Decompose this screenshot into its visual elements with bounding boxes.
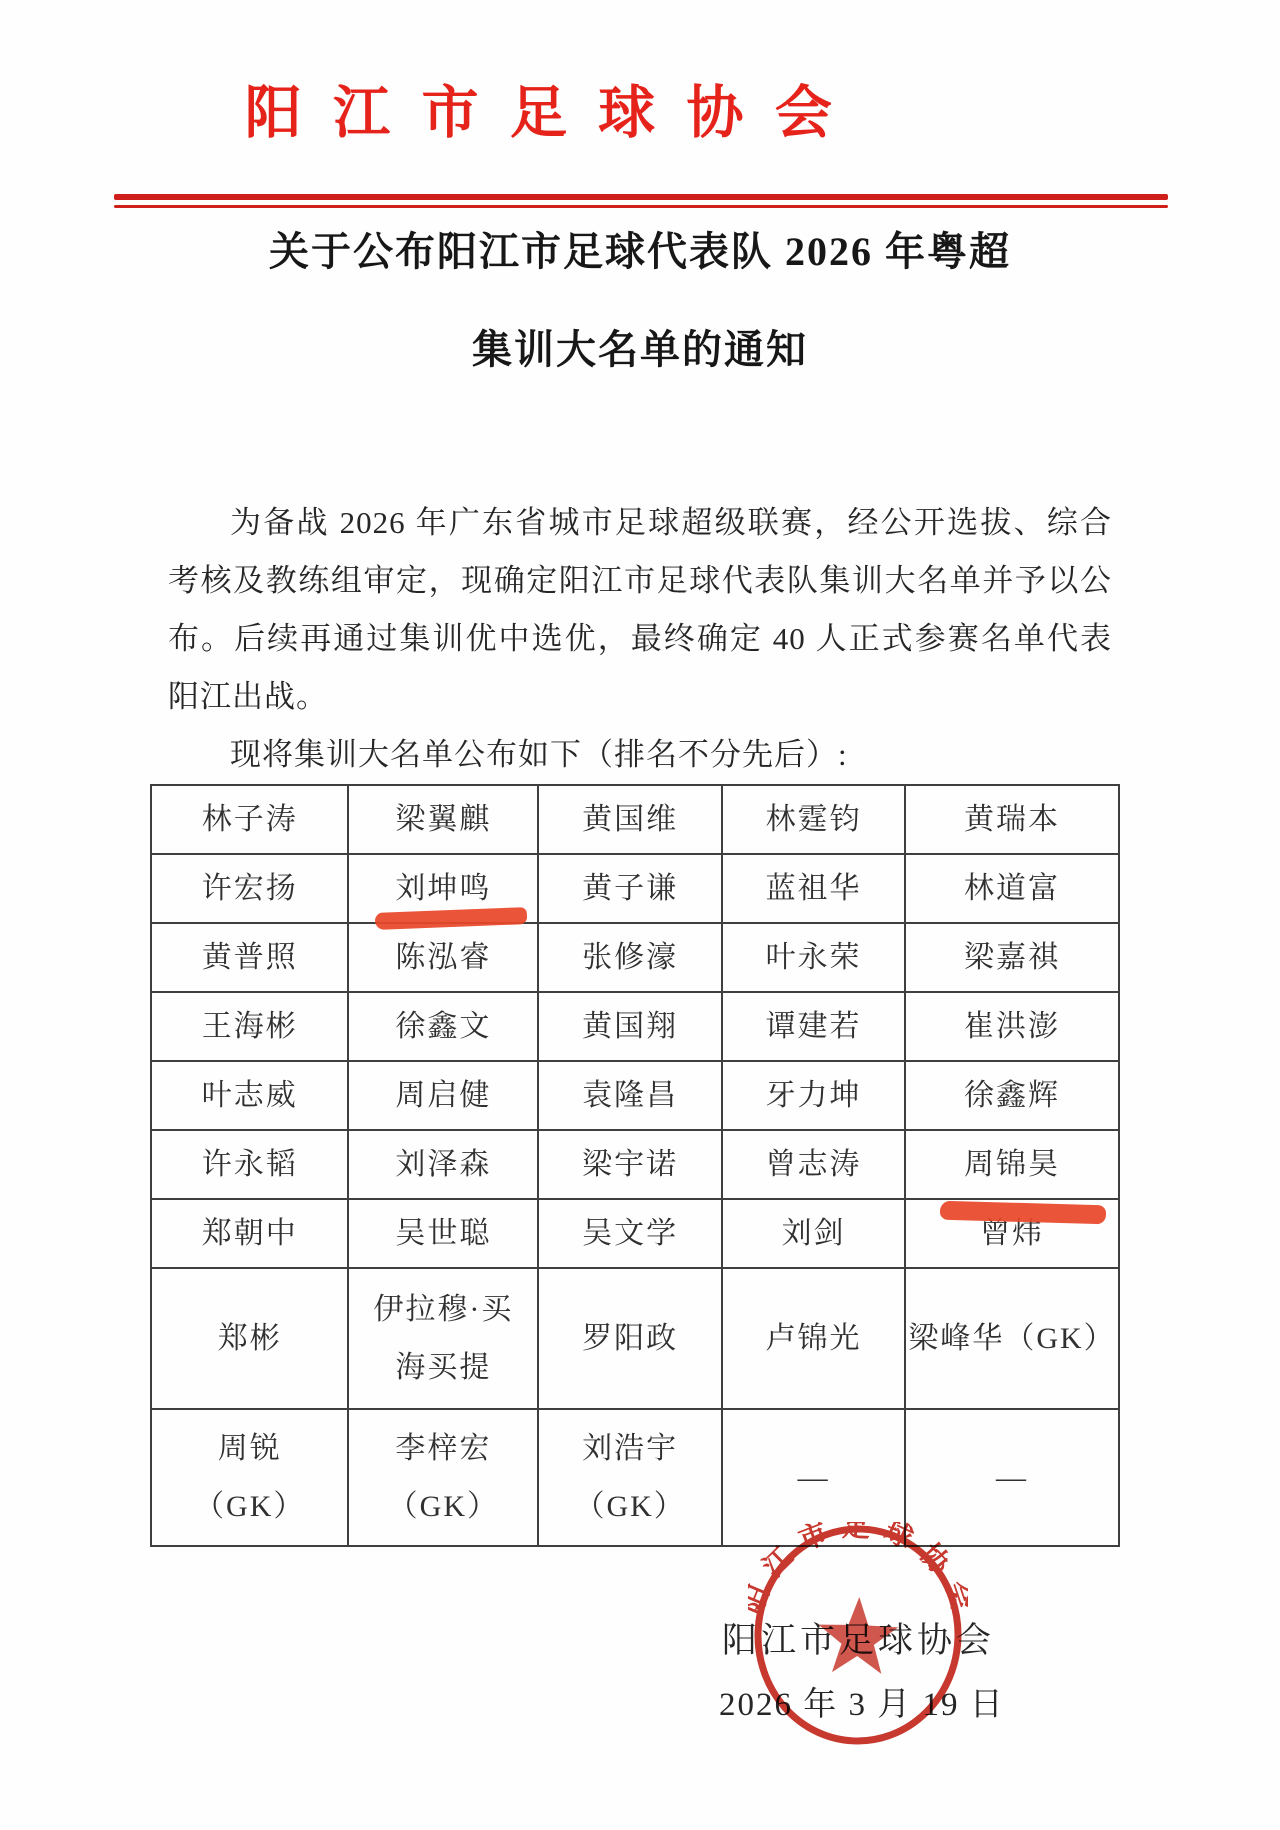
player-name: 陈泓睿	[395, 941, 491, 974]
player-name: 黄子谦	[582, 872, 678, 905]
roster-cell: 黄国翔	[538, 992, 722, 1061]
roster-cell: 罗阳政	[538, 1268, 722, 1409]
player-name: 黄国翔	[582, 1010, 678, 1043]
player-name: —	[996, 1461, 1028, 1494]
player-name: 徐鑫辉	[964, 1079, 1060, 1112]
player-name: 卢锦光	[766, 1322, 862, 1355]
roster-cell: 吴世聪	[348, 1199, 538, 1268]
roster-cell: 叶永荣	[722, 923, 905, 992]
player-name: 张修濠	[582, 941, 678, 974]
player-name: 黄普照	[202, 941, 298, 974]
player-name: 袁隆昌	[582, 1079, 678, 1112]
player-name: 林霆钧	[766, 803, 862, 836]
roster-row: 王海彬徐鑫文黄国翔谭建若崔洪澎	[151, 992, 1119, 1061]
roster-row: 黄普照陈泓睿张修濠叶永荣梁嘉祺	[151, 923, 1119, 992]
roster-cell: 梁嘉祺	[905, 923, 1119, 992]
roster-cell: 郑彬	[151, 1268, 348, 1409]
roster-cell: 许宏扬	[151, 854, 348, 923]
roster-row: 林子涛梁翼麒黄国维林霆钧黄瑞本	[151, 785, 1119, 854]
document-title-line1: 关于公布阳江市足球代表队 2026 年粤超	[0, 232, 1280, 272]
roster-table: 林子涛梁翼麒黄国维林霆钧黄瑞本许宏扬刘坤鸣黄子谦蓝祖华林道富黄普照陈泓睿张修濠叶…	[150, 784, 1120, 1547]
roster-table-body: 林子涛梁翼麒黄国维林霆钧黄瑞本许宏扬刘坤鸣黄子谦蓝祖华林道富黄普照陈泓睿张修濠叶…	[151, 785, 1119, 1546]
roster-cell: 陈泓睿	[348, 923, 538, 992]
roster-row: 郑彬伊拉穆·买 海买提罗阳政卢锦光梁峰华（GK）	[151, 1268, 1119, 1409]
roster-cell: 许永韬	[151, 1130, 348, 1199]
roster-cell: 周锦昊	[905, 1130, 1119, 1199]
player-name: 梁峰华（GK）	[908, 1322, 1115, 1355]
player-name: 许永韬	[202, 1148, 298, 1181]
body-paragraph: 为备战 2026 年广东省城市足球超级联赛，经公开选拔、综合考核及教练组审定，现…	[168, 494, 1112, 726]
roster-row: 周锐 （GK）李梓宏 （GK）刘浩宇 （GK）——	[151, 1409, 1119, 1546]
list-intro: 现将集训大名单公布如下（排名不分先后）:	[168, 726, 1112, 784]
player-name: 刘剑	[782, 1217, 846, 1250]
roster-cell: 林子涛	[151, 785, 348, 854]
document-page: 阳江市足球协会 关于公布阳江市足球代表队 2026 年粤超 集训大名单的通知 为…	[0, 0, 1280, 1830]
player-name: 郑朝中	[202, 1217, 298, 1250]
roster-cell: 周锐 （GK）	[151, 1409, 348, 1546]
player-name: 刘坤鸣	[395, 872, 491, 905]
roster-cell: 黄子谦	[538, 854, 722, 923]
roster-cell: 曾炜	[905, 1199, 1119, 1268]
roster-cell: 刘剑	[722, 1199, 905, 1268]
player-name: 曾志涛	[766, 1148, 862, 1181]
roster-cell: 黄国维	[538, 785, 722, 854]
roster-row: 叶志威周启健袁隆昌牙力坤徐鑫辉	[151, 1061, 1119, 1130]
roster-cell: 林道富	[905, 854, 1119, 923]
player-name: 林子涛	[202, 803, 298, 836]
association-name-header: 阳江市足球协会	[0, 0, 1194, 144]
roster-cell: 黄瑞本	[905, 785, 1119, 854]
player-name: 崔洪澎	[964, 1010, 1060, 1043]
player-name: 谭建若	[766, 1010, 862, 1043]
official-stamp: 阳江市足球协会	[748, 1522, 968, 1752]
player-name: 徐鑫文	[395, 1010, 491, 1043]
roster-row: 郑朝中吴世聪吴文学刘剑曾炜	[151, 1199, 1119, 1268]
player-name: 郑彬	[218, 1322, 282, 1355]
roster-cell: 伊拉穆·买 海买提	[348, 1268, 538, 1409]
player-name: 叶永荣	[766, 941, 862, 974]
player-name: 叶志威	[202, 1079, 298, 1112]
roster-cell: 卢锦光	[722, 1268, 905, 1409]
player-name: 吴世聪	[395, 1217, 491, 1250]
player-name: 黄瑞本	[964, 803, 1060, 836]
player-name: —	[798, 1461, 830, 1494]
player-name: 梁翼麒	[395, 803, 491, 836]
roster-cell: 牙力坤	[722, 1061, 905, 1130]
roster-cell: 谭建若	[722, 992, 905, 1061]
roster-cell: 叶志威	[151, 1061, 348, 1130]
player-name: 周启健	[395, 1079, 491, 1112]
player-name: 吴文学	[582, 1217, 678, 1250]
roster-cell: 林霆钧	[722, 785, 905, 854]
player-name: 梁宇诺	[582, 1148, 678, 1181]
red-rule-thick	[114, 194, 1168, 200]
player-name: 李梓宏 （GK）	[388, 1432, 499, 1523]
roster-row: 许永韬刘泽森梁宇诺曾志涛周锦昊	[151, 1130, 1119, 1199]
player-name: 林道富	[964, 872, 1060, 905]
player-name: 黄国维	[582, 803, 678, 836]
roster-cell: 崔洪澎	[905, 992, 1119, 1061]
document-body: 为备战 2026 年广东省城市足球超级联赛，经公开选拔、综合考核及教练组审定，现…	[0, 494, 1280, 784]
player-name: 刘浩宇 （GK）	[574, 1432, 685, 1523]
roster-cell: 刘浩宇 （GK）	[538, 1409, 722, 1546]
roster-row: 许宏扬刘坤鸣黄子谦蓝祖华林道富	[151, 854, 1119, 923]
roster-cell: 李梓宏 （GK）	[348, 1409, 538, 1546]
player-name: 周锦昊	[964, 1148, 1060, 1181]
roster-cell: 蓝祖华	[722, 854, 905, 923]
roster-cell: 曾志涛	[722, 1130, 905, 1199]
roster-cell: 徐鑫文	[348, 992, 538, 1061]
player-name: 梁嘉祺	[964, 941, 1060, 974]
roster-cell: 张修濠	[538, 923, 722, 992]
star-icon	[817, 1596, 899, 1675]
roster-cell: 黄普照	[151, 923, 348, 992]
player-name: 蓝祖华	[766, 872, 862, 905]
player-name: 曾炜	[980, 1217, 1044, 1250]
player-name: 伊拉穆·买 海买提	[373, 1293, 513, 1384]
letterhead-divider	[114, 194, 1168, 208]
roster-cell: 梁翼麒	[348, 785, 538, 854]
player-name: 罗阳政	[582, 1322, 678, 1355]
player-name: 王海彬	[202, 1010, 298, 1043]
roster-cell: 周启健	[348, 1061, 538, 1130]
roster-cell: 徐鑫辉	[905, 1061, 1119, 1130]
roster-cell: 吴文学	[538, 1199, 722, 1268]
roster-cell: 刘坤鸣	[348, 854, 538, 923]
roster-cell: 梁宇诺	[538, 1130, 722, 1199]
roster-cell: 刘泽森	[348, 1130, 538, 1199]
roster-cell: 袁隆昌	[538, 1061, 722, 1130]
player-name: 许宏扬	[202, 872, 298, 905]
roster-cell: 郑朝中	[151, 1199, 348, 1268]
roster-cell: 梁峰华（GK）	[905, 1268, 1119, 1409]
player-name: 牙力坤	[766, 1079, 862, 1112]
red-rule-thin	[114, 205, 1168, 208]
roster-cell: 王海彬	[151, 992, 348, 1061]
player-name: 周锐 （GK）	[194, 1432, 305, 1523]
player-name: 刘泽森	[395, 1148, 491, 1181]
document-title-line2: 集训大名单的通知	[0, 330, 1280, 370]
